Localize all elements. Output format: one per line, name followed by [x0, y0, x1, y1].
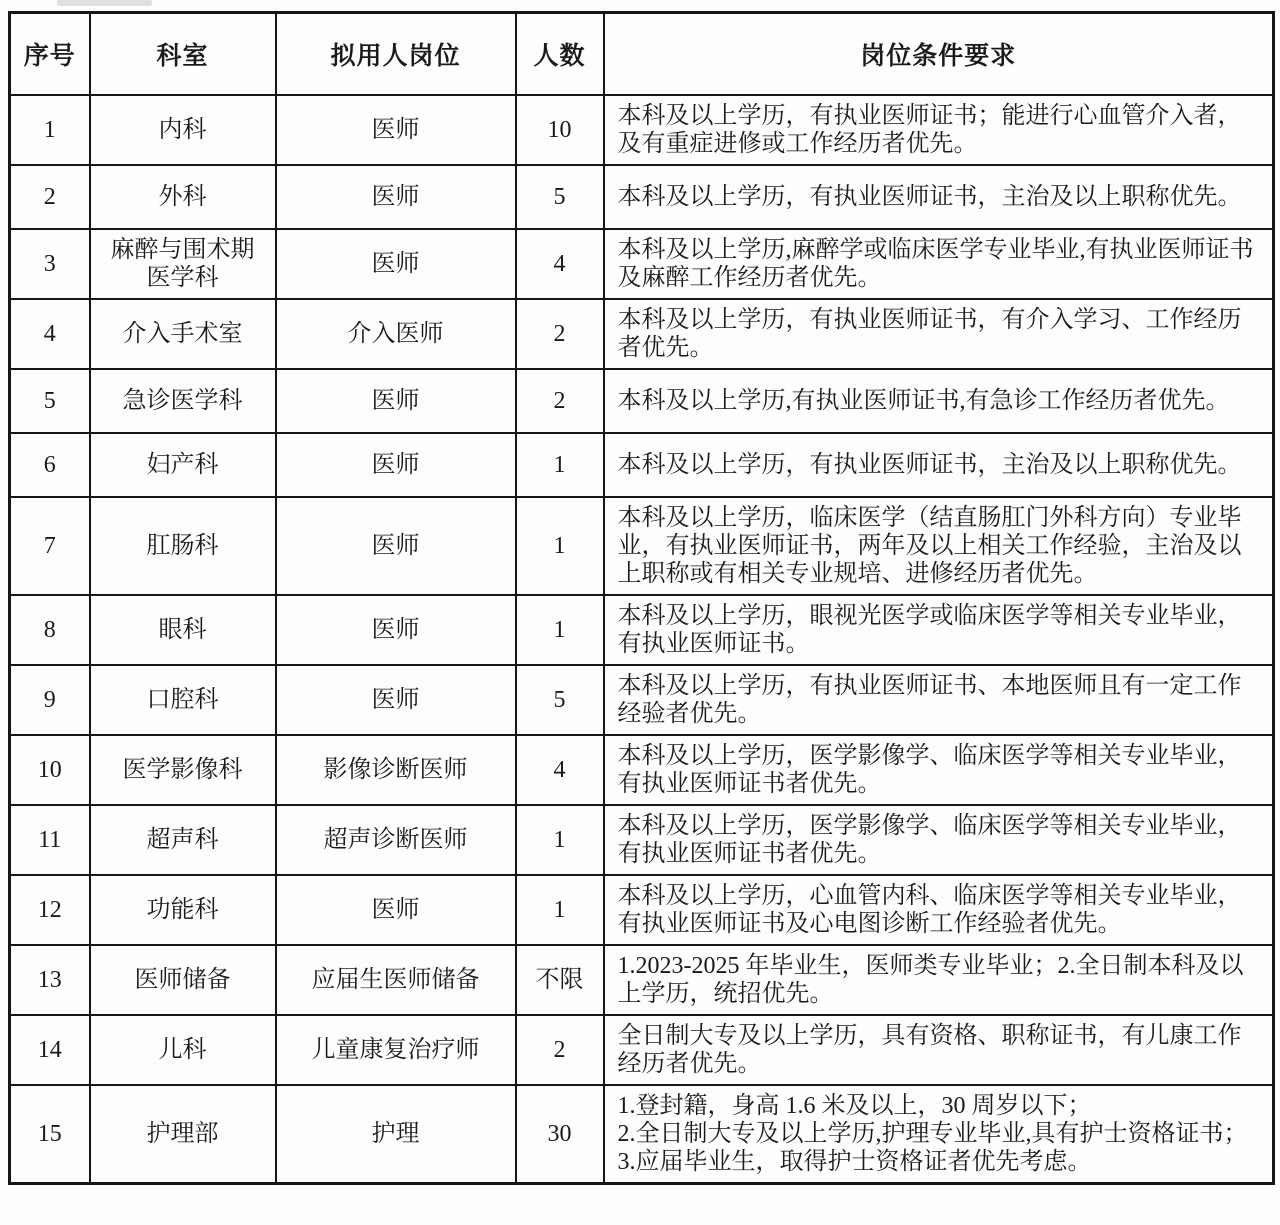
cell-requirements: 1.2023-2025 年毕业生，医师类专业毕业；2.全日制本科及以上学历，统招… — [604, 945, 1274, 1015]
table-row: 1 内科 医师 10 本科及以上学历，有执业医师证书；能进行心血管介入者，及有重… — [10, 95, 1274, 165]
cell-department: 内科 — [90, 95, 276, 165]
requirement-text: 全日制大专及以上学历，具有资格、职称证书，有儿康工作经历者优先。 — [618, 1022, 1260, 1078]
cell-department: 超声科 — [90, 805, 276, 875]
cell-requirements: 本科及以上学历，眼视光医学或临床医学等相关专业毕业，有执业医师证书。 — [604, 595, 1274, 665]
cell-headcount: 1 — [516, 805, 604, 875]
cell-serial-number: 9 — [10, 665, 90, 735]
cell-headcount: 2 — [516, 369, 604, 433]
requirement-text: 3.应届毕业生，取得护士资格证者优先考虑。 — [618, 1148, 1260, 1176]
cell-requirements: 本科及以上学历，有执业医师证书，主治及以上职称优先。 — [604, 165, 1274, 229]
cell-position: 医师 — [276, 165, 516, 229]
table-row: 9 口腔科 医师 5 本科及以上学历，有执业医师证书、本地医师且有一定工作经验者… — [10, 665, 1274, 735]
requirement-text: 本科及以上学历,有执业医师证书,有急诊工作经历者优先。 — [618, 387, 1260, 415]
header-row: 序号 科室 拟用人岗位 人数 岗位条件要求 — [10, 13, 1274, 96]
cell-requirements: 本科及以上学历，有执业医师证书、本地医师且有一定工作经验者优先。 — [604, 665, 1274, 735]
cell-headcount: 5 — [516, 665, 604, 735]
cell-headcount: 1 — [516, 875, 604, 945]
table-row: 15 护理部 护理 30 1.登封籍，身高 1.6 米及以上，30 周岁以下；2… — [10, 1085, 1274, 1184]
cell-requirements: 本科及以上学历,有执业医师证书,有急诊工作经历者优先。 — [604, 369, 1274, 433]
table-row: 14 儿科 儿童康复治疗师 2 全日制大专及以上学历，具有资格、职称证书，有儿康… — [10, 1015, 1274, 1085]
requirement-text: 本科及以上学历，心血管内科、临床医学等相关专业毕业，有执业医师证书及心电图诊断工… — [618, 882, 1260, 938]
cell-headcount: 1 — [516, 497, 604, 595]
table-row: 11 超声科 超声诊断医师 1 本科及以上学历，医学影像学、临床医学等相关专业毕… — [10, 805, 1274, 875]
cell-serial-number: 4 — [10, 299, 90, 369]
cell-department: 医学影像科 — [90, 735, 276, 805]
table-row: 8 眼科 医师 1 本科及以上学历，眼视光医学或临床医学等相关专业毕业，有执业医… — [10, 595, 1274, 665]
cell-serial-number: 6 — [10, 433, 90, 497]
recruitment-document-page: 序号 科室 拟用人岗位 人数 岗位条件要求 1 内科 医师 10 本科及以上学历… — [0, 0, 1280, 1225]
cell-serial-number: 5 — [10, 369, 90, 433]
cell-headcount: 不限 — [516, 945, 604, 1015]
cell-requirements: 本科及以上学历，有执业医师证书；能进行心血管介入者，及有重症进修或工作经历者优先… — [604, 95, 1274, 165]
requirement-text: 2.全日制大专及以上学历,护理专业毕业,具有护士资格证书； — [618, 1120, 1260, 1148]
header-requirements: 岗位条件要求 — [604, 13, 1274, 96]
cell-position: 超声诊断医师 — [276, 805, 516, 875]
requirement-text: 本科及以上学历,麻醉学或临床医学专业毕业,有执业医师证书及麻醉工作经历者优先。 — [618, 236, 1260, 292]
cell-headcount: 30 — [516, 1085, 604, 1184]
cell-requirements: 全日制大专及以上学历，具有资格、职称证书，有儿康工作经历者优先。 — [604, 1015, 1274, 1085]
header-serial-number: 序号 — [10, 13, 90, 96]
header-department: 科室 — [90, 13, 276, 96]
cell-department: 外科 — [90, 165, 276, 229]
cell-department: 妇产科 — [90, 433, 276, 497]
cell-position: 儿童康复治疗师 — [276, 1015, 516, 1085]
recruitment-table: 序号 科室 拟用人岗位 人数 岗位条件要求 1 内科 医师 10 本科及以上学历… — [8, 11, 1275, 1185]
cell-department: 功能科 — [90, 875, 276, 945]
cell-headcount: 4 — [516, 735, 604, 805]
cell-position: 医师 — [276, 229, 516, 299]
requirement-text: 本科及以上学历，医学影像学、临床医学等相关专业毕业，有执业医师证书者优先。 — [618, 812, 1260, 868]
cell-department: 护理部 — [90, 1085, 276, 1184]
table-row: 3 麻醉与围术期医学科 医师 4 本科及以上学历,麻醉学或临床医学专业毕业,有执… — [10, 229, 1274, 299]
cell-position: 医师 — [276, 875, 516, 945]
cell-department: 介入手术室 — [90, 299, 276, 369]
cell-headcount: 10 — [516, 95, 604, 165]
cell-headcount: 2 — [516, 299, 604, 369]
requirement-text: 本科及以上学历，有执业医师证书；能进行心血管介入者，及有重症进修或工作经历者优先… — [618, 102, 1260, 158]
cell-position: 影像诊断医师 — [276, 735, 516, 805]
cell-serial-number: 1 — [10, 95, 90, 165]
cell-position: 应届生医师储备 — [276, 945, 516, 1015]
requirement-text: 本科及以上学历，临床医学（结直肠肛门外科方向）专业毕业，有执业医师证书，两年及以… — [618, 504, 1260, 588]
requirement-text: 本科及以上学历，有执业医师证书，主治及以上职称优先。 — [618, 451, 1260, 479]
cell-serial-number: 8 — [10, 595, 90, 665]
cell-requirements: 本科及以上学历，有执业医师证书，主治及以上职称优先。 — [604, 433, 1274, 497]
cell-serial-number: 11 — [10, 805, 90, 875]
cell-department: 急诊医学科 — [90, 369, 276, 433]
cell-serial-number: 15 — [10, 1085, 90, 1184]
table-row: 10 医学影像科 影像诊断医师 4 本科及以上学历，医学影像学、临床医学等相关专… — [10, 735, 1274, 805]
cell-headcount: 1 — [516, 433, 604, 497]
cell-requirements: 本科及以上学历，有执业医师证书，有介入学习、工作经历者优先。 — [604, 299, 1274, 369]
table-row: 7 肛肠科 医师 1 本科及以上学历，临床医学（结直肠肛门外科方向）专业毕业，有… — [10, 497, 1274, 595]
table-body: 1 内科 医师 10 本科及以上学历，有执业医师证书；能进行心血管介入者，及有重… — [10, 95, 1274, 1184]
cell-serial-number: 13 — [10, 945, 90, 1015]
cell-serial-number: 2 — [10, 165, 90, 229]
table-row: 2 外科 医师 5 本科及以上学历，有执业医师证书，主治及以上职称优先。 — [10, 165, 1274, 229]
scan-artifact — [57, 0, 152, 6]
cell-position: 医师 — [276, 497, 516, 595]
table-row: 5 急诊医学科 医师 2 本科及以上学历,有执业医师证书,有急诊工作经历者优先。 — [10, 369, 1274, 433]
requirement-text: 1.2023-2025 年毕业生，医师类专业毕业；2.全日制本科及以上学历，统招… — [618, 952, 1260, 1008]
cell-department: 医师储备 — [90, 945, 276, 1015]
cell-requirements: 本科及以上学历,麻醉学或临床医学专业毕业,有执业医师证书及麻醉工作经历者优先。 — [604, 229, 1274, 299]
cell-serial-number: 3 — [10, 229, 90, 299]
table-header: 序号 科室 拟用人岗位 人数 岗位条件要求 — [10, 13, 1274, 96]
cell-serial-number: 12 — [10, 875, 90, 945]
requirement-text: 1.登封籍，身高 1.6 米及以上，30 周岁以下； — [618, 1092, 1260, 1120]
header-position: 拟用人岗位 — [276, 13, 516, 96]
cell-serial-number: 14 — [10, 1015, 90, 1085]
cell-requirements: 本科及以上学历，医学影像学、临床医学等相关专业毕业，有执业医师证书者优先。 — [604, 805, 1274, 875]
cell-serial-number: 10 — [10, 735, 90, 805]
cell-department: 麻醉与围术期医学科 — [90, 229, 276, 299]
cell-position: 医师 — [276, 369, 516, 433]
header-headcount: 人数 — [516, 13, 604, 96]
table-row: 6 妇产科 医师 1 本科及以上学历，有执业医师证书，主治及以上职称优先。 — [10, 433, 1274, 497]
cell-requirements: 本科及以上学历，心血管内科、临床医学等相关专业毕业，有执业医师证书及心电图诊断工… — [604, 875, 1274, 945]
cell-department: 眼科 — [90, 595, 276, 665]
requirement-text: 本科及以上学历，有执业医师证书，有介入学习、工作经历者优先。 — [618, 306, 1260, 362]
cell-position: 介入医师 — [276, 299, 516, 369]
cell-headcount: 2 — [516, 1015, 604, 1085]
cell-headcount: 5 — [516, 165, 604, 229]
requirement-text: 本科及以上学历，有执业医师证书、本地医师且有一定工作经验者优先。 — [618, 672, 1260, 728]
requirement-text: 本科及以上学历，有执业医师证书，主治及以上职称优先。 — [618, 183, 1260, 211]
cell-serial-number: 7 — [10, 497, 90, 595]
cell-department: 儿科 — [90, 1015, 276, 1085]
cell-position: 医师 — [276, 433, 516, 497]
table-row: 12 功能科 医师 1 本科及以上学历，心血管内科、临床医学等相关专业毕业，有执… — [10, 875, 1274, 945]
cell-department: 口腔科 — [90, 665, 276, 735]
cell-requirements: 本科及以上学历，临床医学（结直肠肛门外科方向）专业毕业，有执业医师证书，两年及以… — [604, 497, 1274, 595]
cell-department: 肛肠科 — [90, 497, 276, 595]
requirement-text: 本科及以上学历，眼视光医学或临床医学等相关专业毕业，有执业医师证书。 — [618, 602, 1260, 658]
cell-position: 护理 — [276, 1085, 516, 1184]
requirement-text: 本科及以上学历，医学影像学、临床医学等相关专业毕业，有执业医师证书者优先。 — [618, 742, 1260, 798]
cell-requirements: 1.登封籍，身高 1.6 米及以上，30 周岁以下；2.全日制大专及以上学历,护… — [604, 1085, 1274, 1184]
cell-requirements: 本科及以上学历，医学影像学、临床医学等相关专业毕业，有执业医师证书者优先。 — [604, 735, 1274, 805]
cell-position: 医师 — [276, 95, 516, 165]
cell-headcount: 4 — [516, 229, 604, 299]
table-row: 13 医师储备 应届生医师储备 不限 1.2023-2025 年毕业生，医师类专… — [10, 945, 1274, 1015]
cell-headcount: 1 — [516, 595, 604, 665]
cell-position: 医师 — [276, 665, 516, 735]
cell-position: 医师 — [276, 595, 516, 665]
table-row: 4 介入手术室 介入医师 2 本科及以上学历，有执业医师证书，有介入学习、工作经… — [10, 299, 1274, 369]
